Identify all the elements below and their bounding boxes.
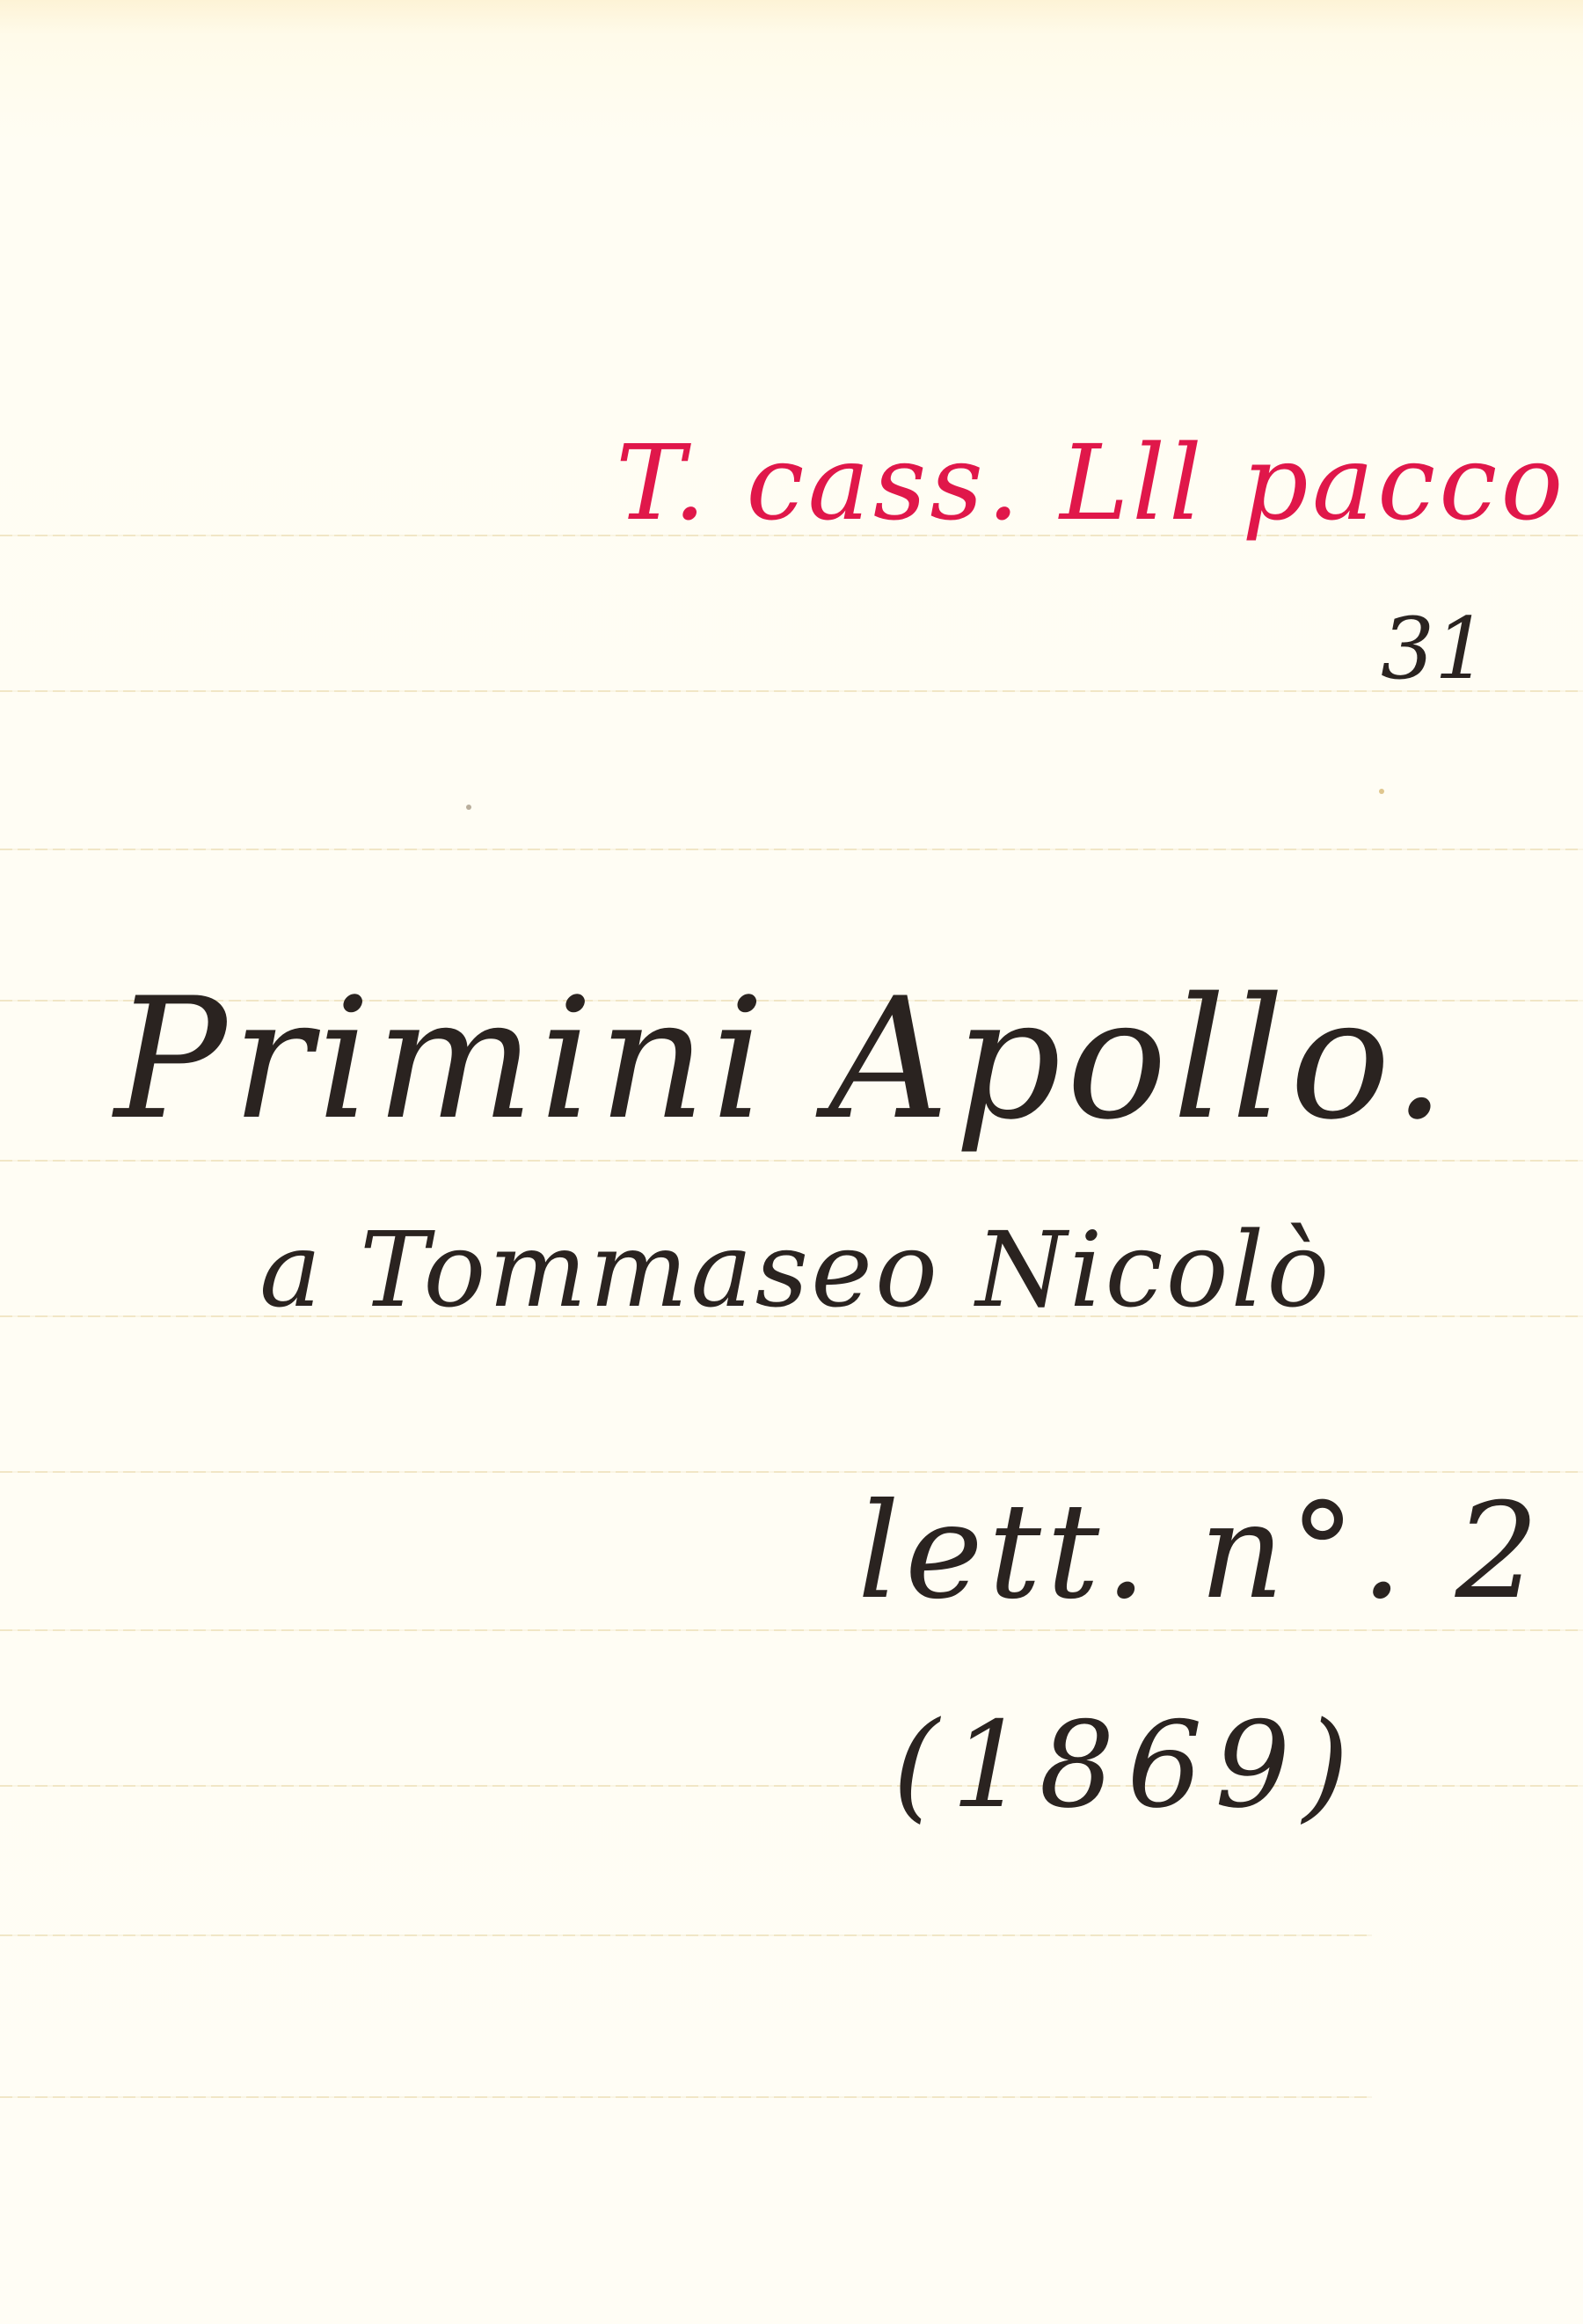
shelfmark-text: T. cass. Lll pacco 97. [616,431,1583,535]
recipient-name: a Tommaseo Nicolò [259,1218,1331,1322]
ruled-line [0,849,1583,850]
ink-speck [1379,789,1384,794]
card-number: 31 [1381,607,1488,691]
ruled-line [0,1471,1583,1473]
ruled-line [0,2096,1372,2098]
ruled-line [0,690,1583,692]
letter-year: (1869) [893,1706,1361,1825]
letter-count: lett. n°. 2 [857,1486,1544,1618]
ink-speck [466,805,471,810]
ruled-line [0,1934,1372,1936]
ruled-line [0,1160,1583,1162]
author-name: Primini Apollo. [114,976,1451,1143]
ruled-line [0,1629,1583,1631]
catalog-card: T. cass. Lll pacco 97. 31 Primini Apollo… [0,0,1583,2324]
